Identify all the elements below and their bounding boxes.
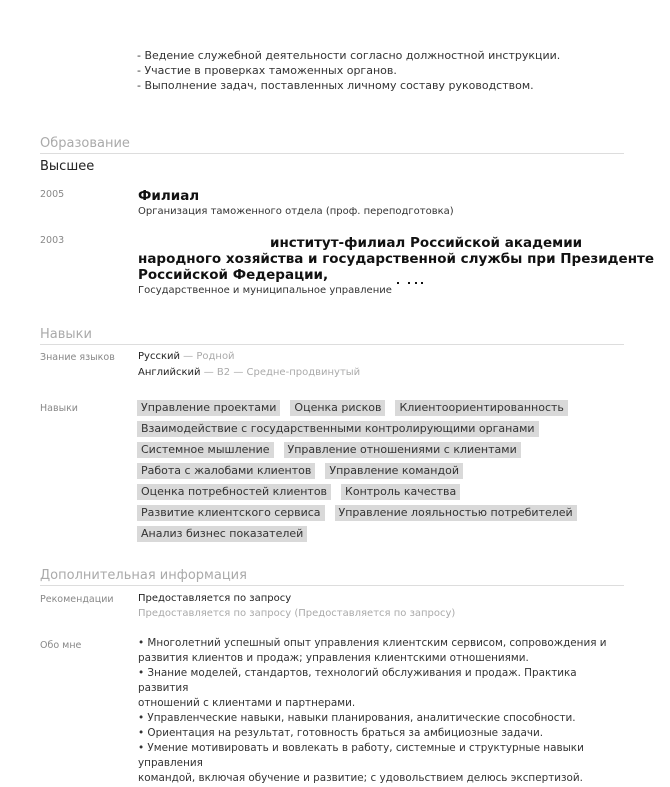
education-level: Высшее xyxy=(40,159,94,174)
duty-line: - Участие в проверках таможенных органов… xyxy=(137,63,560,78)
duty-line: - Выполнение задач, поставленных личному… xyxy=(137,78,560,93)
institution-name-line: институт-филиал Российской академии xyxy=(138,235,654,251)
skill-chip: Управление проектами xyxy=(137,400,280,416)
experience-duties: - Ведение служебной деятельности согласн… xyxy=(137,48,560,93)
skills-label: Навыки xyxy=(40,403,78,414)
language-level: — B2 — Средне-продвинутый xyxy=(201,367,361,378)
skill-chip: Управление командой xyxy=(325,463,463,479)
skill-chip: Управление отношениями с клиентами xyxy=(284,442,521,458)
skill-chip: Работа с жалобами клиентов xyxy=(137,463,315,479)
skills-chips: Управление проектами Оценка рисков Клиен… xyxy=(137,400,577,542)
institution-specialty: Государственное и муниципальное управлен… xyxy=(138,285,392,296)
language-name: Русский xyxy=(138,351,180,362)
skill-chip: Управление лояльностью потребителей xyxy=(335,505,577,521)
skill-chip: Взаимодействие с государственными контро… xyxy=(137,421,539,437)
skill-chip: Развитие клиентского сервиса xyxy=(137,505,325,521)
institution-name: Филиал xyxy=(138,188,199,204)
recommendations-label: Рекомендации xyxy=(40,594,114,605)
about-line: отношений с клиентами и партнерами. xyxy=(138,696,618,711)
skill-chip: Оценка рисков xyxy=(290,400,385,416)
education-year: 2003 xyxy=(40,235,64,246)
about-label: Обо мне xyxy=(40,640,81,651)
languages-label: Знание языков xyxy=(40,352,115,363)
recommendations-detail: Предоставляется по запросу (Предоставляе… xyxy=(138,608,455,619)
skill-chip: Клиентоориентированность xyxy=(395,400,567,416)
about-line: • Многолетний успешный опыт управления к… xyxy=(138,636,618,651)
about-text: • Многолетний успешный опыт управления к… xyxy=(138,636,618,786)
institution-name: институт-филиал Российской академии наро… xyxy=(138,235,654,283)
education-section-title: Образование xyxy=(40,136,624,154)
institution-name-line: народного хозяйства и государственной сл… xyxy=(138,251,654,267)
skill-chip: Оценка потребностей клиентов xyxy=(137,484,331,500)
about-line: • Умение мотивировать и вовлекать в рабо… xyxy=(138,741,618,771)
about-line: командой, включая обучение и развитие; с… xyxy=(138,771,618,786)
language-level: — Родной xyxy=(180,351,235,362)
skill-chip: Анализ бизнес показателей xyxy=(137,526,307,542)
language-name: Английский xyxy=(138,367,201,378)
language-item: Английский — B2 — Средне-продвинутый xyxy=(138,365,360,381)
skill-chip: Системное мышление xyxy=(137,442,274,458)
recommendations-value: Предоставляется по запросу xyxy=(138,593,291,604)
about-line: • Знание моделей, стандартов, технологий… xyxy=(138,666,618,696)
skill-chip: Контроль качества xyxy=(341,484,460,500)
language-item: Русский — Родной xyxy=(138,349,360,365)
skills-section-title: Навыки xyxy=(40,327,624,345)
duty-line: - Ведение служебной деятельности согласн… xyxy=(137,48,560,63)
about-line: • Ориентация на результат, готовность бр… xyxy=(138,726,618,741)
education-year: 2005 xyxy=(40,189,64,200)
redaction-dots xyxy=(397,282,437,286)
institution-specialty: Организация таможенного отдела (проф. пе… xyxy=(138,206,454,217)
additional-section-title: Дополнительная информация xyxy=(40,568,624,586)
languages-list: Русский — Родной Английский — B2 — Средн… xyxy=(138,349,360,381)
about-line: • Управленческие навыки, навыки планиров… xyxy=(138,711,618,726)
about-line: развития клиентов и продаж; управления к… xyxy=(138,651,618,666)
institution-name-line: Российской Федерации, xyxy=(138,267,654,283)
